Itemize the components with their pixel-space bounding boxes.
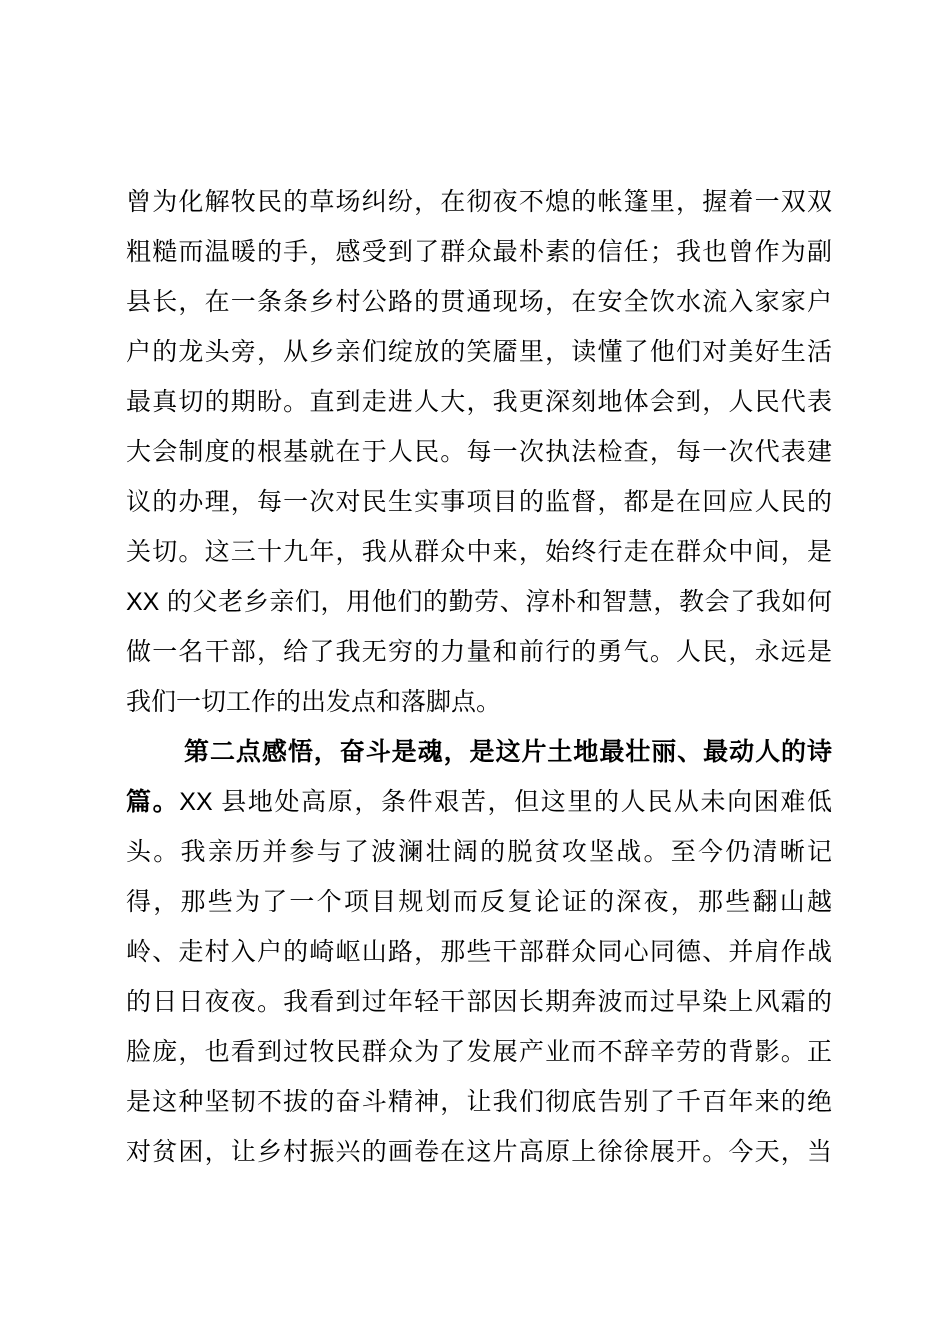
text-segment: XX 县地处高原，条件艰苦，但这里的人民从未向困难低 [179, 788, 832, 816]
text-segment: 县长，在一条条乡村公路的贯通现场，在安全饮水流入家家户 [126, 288, 832, 316]
text-line: 岭、走村入户的崎岖山路，那些干部群众同心同德、并肩作战 [126, 927, 832, 977]
text-segment: 脸庞，也看到过牧民群众为了发展产业而不辞辛劳的背影。正 [126, 1038, 832, 1066]
text-line: 最真切的期盼。直到走进人大，我更深刻地体会到，人民代表 [126, 377, 832, 427]
text-segment: 粗糙而温暖的手，感受到了群众最朴素的信任；我也曾作为副 [126, 238, 832, 266]
document-body: 曾为化解牧民的草场纠纷，在彻夜不熄的帐篷里，握着一双双粗糙而温暖的手，感受到了群… [126, 177, 832, 1177]
text-segment: XX 的父老乡亲们，用他们的勤劳、淳朴和智慧，教会了我如何 [126, 588, 832, 616]
text-segment: 对贫困，让乡村振兴的画卷在这片高原上徐徐展开。今天，当 [126, 1138, 832, 1166]
text-segment: 议的办理，每一次对民生实事项目的监督，都是在回应人民的 [126, 488, 832, 516]
bold-text-segment: 篇。 [126, 788, 179, 816]
text-segment: 的日日夜夜。我看到过年轻干部因长期奔波而过早染上风霜的 [126, 988, 832, 1016]
text-segment: 岭、走村入户的崎岖山路，那些干部群众同心同德、并肩作战 [126, 938, 832, 966]
text-line: 大会制度的根基就在于人民。每一次执法检查，每一次代表建 [126, 427, 832, 477]
text-segment: 得，那些为了一个项目规划而反复论证的深夜，那些翻山越 [126, 888, 832, 916]
text-line: 户的龙头旁，从乡亲们绽放的笑靥里，读懂了他们对美好生活 [126, 327, 832, 377]
text-line: 第二点感悟，奋斗是魂，是这片土地最壮丽、最动人的诗 [126, 727, 832, 777]
text-segment: 曾为化解牧民的草场纠纷，在彻夜不熄的帐篷里，握着一双双 [126, 188, 832, 216]
text-segment: 我们一切工作的出发点和落脚点。 [126, 688, 501, 716]
text-line: 的日日夜夜。我看到过年轻干部因长期奔波而过早染上风霜的 [126, 977, 832, 1027]
text-line: 篇。XX 县地处高原，条件艰苦，但这里的人民从未向困难低 [126, 777, 832, 827]
text-line: 是这种坚韧不拔的奋斗精神，让我们彻底告别了千百年来的绝 [126, 1077, 832, 1127]
text-line: 对贫困，让乡村振兴的画卷在这片高原上徐徐展开。今天，当 [126, 1127, 832, 1177]
text-line: 头。我亲历并参与了波澜壮阔的脱贫攻坚战。至今仍清晰记 [126, 827, 832, 877]
text-segment: 最真切的期盼。直到走进人大，我更深刻地体会到，人民代表 [126, 388, 832, 416]
text-line: 得，那些为了一个项目规划而反复论证的深夜，那些翻山越 [126, 877, 832, 927]
text-line: 粗糙而温暖的手，感受到了群众最朴素的信任；我也曾作为副 [126, 227, 832, 277]
text-segment: 是这种坚韧不拔的奋斗精神，让我们彻底告别了千百年来的绝 [126, 1088, 832, 1116]
text-segment: 头。我亲历并参与了波澜壮阔的脱贫攻坚战。至今仍清晰记 [126, 838, 832, 866]
text-line: XX 的父老乡亲们，用他们的勤劳、淳朴和智慧，教会了我如何 [126, 577, 832, 627]
text-line: 关切。这三十九年，我从群众中来，始终行走在群众中间，是 [126, 527, 832, 577]
text-line: 县长，在一条条乡村公路的贯通现场，在安全饮水流入家家户 [126, 277, 832, 327]
text-segment: 关切。这三十九年，我从群众中来，始终行走在群众中间，是 [126, 538, 832, 566]
text-line: 做一名干部，给了我无穷的力量和前行的勇气。人民，永远是 [126, 627, 832, 677]
text-line: 曾为化解牧民的草场纠纷，在彻夜不熄的帐篷里，握着一双双 [126, 177, 832, 227]
text-line: 脸庞，也看到过牧民群众为了发展产业而不辞辛劳的背影。正 [126, 1027, 832, 1077]
text-segment: 户的龙头旁，从乡亲们绽放的笑靥里，读懂了他们对美好生活 [126, 338, 832, 366]
text-segment: 大会制度的根基就在于人民。每一次执法检查，每一次代表建 [126, 438, 832, 466]
document-page: 曾为化解牧民的草场纠纷，在彻夜不熄的帐篷里，握着一双双粗糙而温暖的手，感受到了群… [0, 0, 950, 1344]
text-segment: 做一名干部，给了我无穷的力量和前行的勇气。人民，永远是 [126, 638, 832, 666]
bold-text-segment: 第二点感悟，奋斗是魂，是这片土地最壮丽、最动人的诗 [184, 738, 832, 766]
text-line: 我们一切工作的出发点和落脚点。 [126, 677, 832, 727]
text-line: 议的办理，每一次对民生实事项目的监督，都是在回应人民的 [126, 477, 832, 527]
